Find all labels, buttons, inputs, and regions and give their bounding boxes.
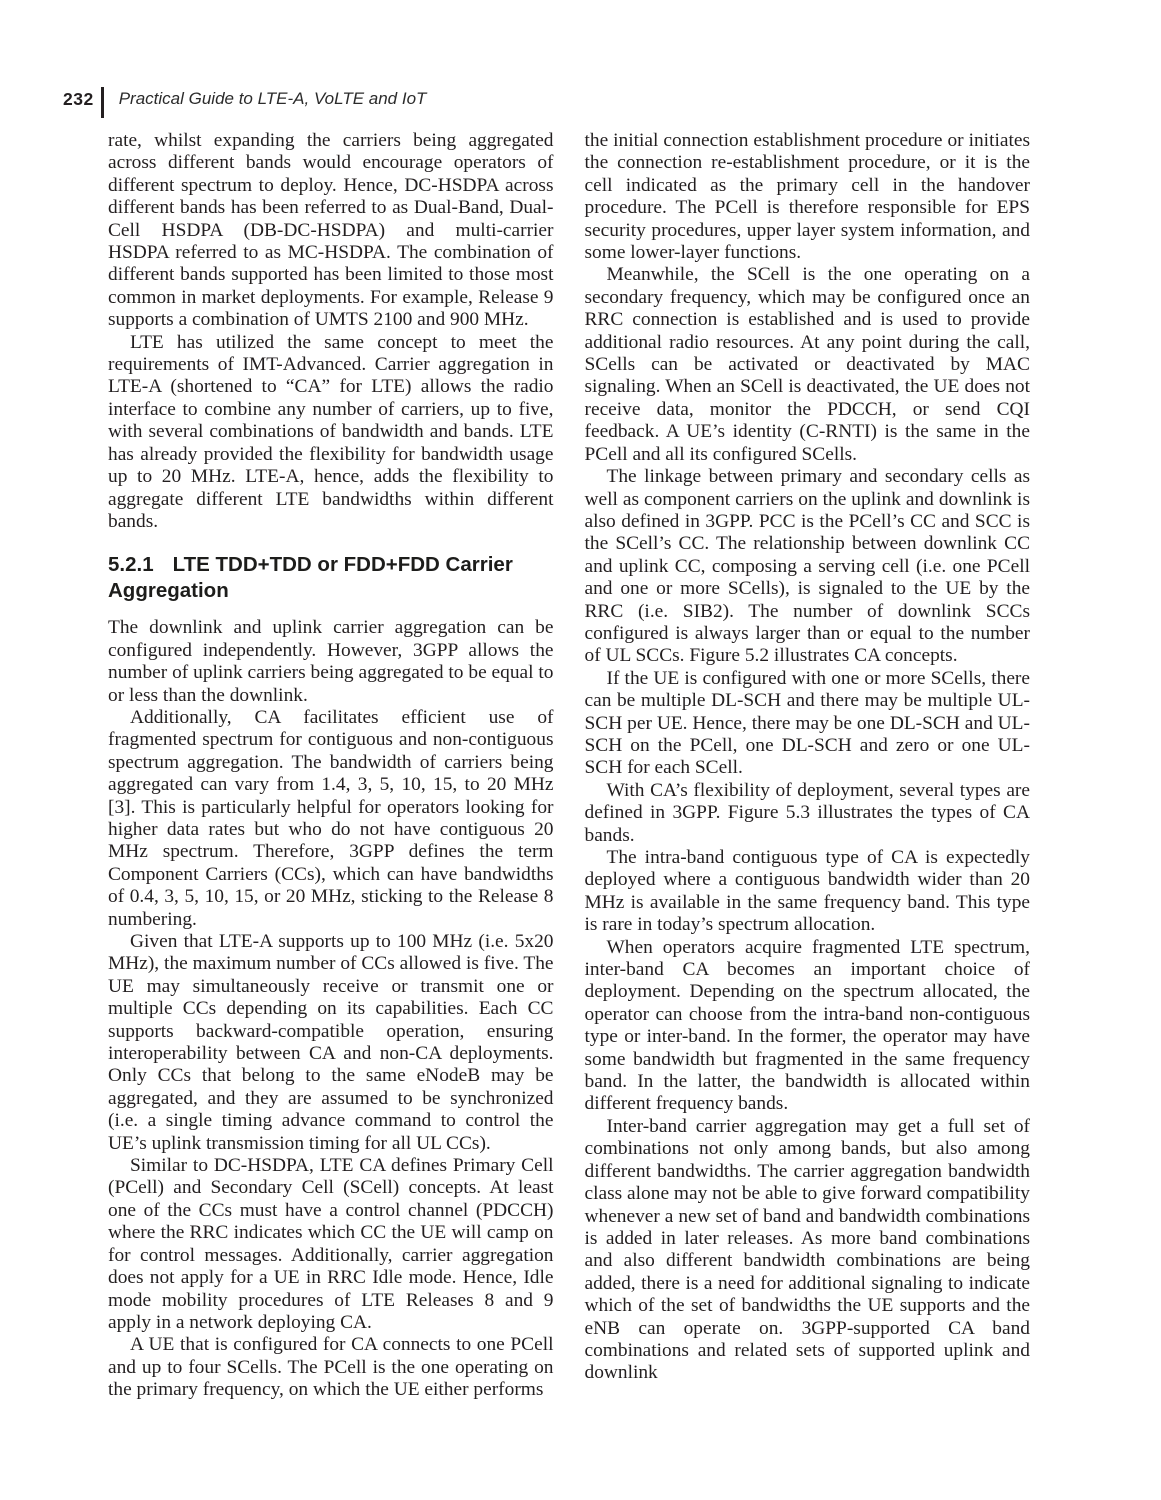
paragraph: rate, whilst expanding the carriers bein… <box>108 130 554 332</box>
right-column: the initial connection establishment pro… <box>585 130 1031 1402</box>
section-title: LTE TDD+TDD or FDD+FDD Carrier Aggregati… <box>108 553 513 602</box>
book-page: 232 Practical Guide to LTE-A, VoLTE and … <box>0 0 1161 1500</box>
paragraph: Inter-band carrier aggregation may get a… <box>585 1116 1031 1385</box>
running-header: 232 Practical Guide to LTE-A, VoLTE and … <box>63 88 426 118</box>
paragraph: The linkage between primary and secondar… <box>585 466 1031 668</box>
header-divider <box>101 87 104 118</box>
two-column-body: rate, whilst expanding the carriers bein… <box>108 130 1030 1402</box>
paragraph: Meanwhile, the SCell is the one operatin… <box>585 264 1031 466</box>
paragraph: A UE that is configured for CA connects … <box>108 1334 554 1401</box>
section-number: 5.2.1 <box>108 553 154 576</box>
paragraph: With CA’s flexibility of deployment, sev… <box>585 780 1031 847</box>
paragraph: When operators acquire fragmented LTE sp… <box>585 937 1031 1116</box>
paragraph: Additionally, CA facilitates efficient u… <box>108 707 554 931</box>
section-heading: 5.2.1LTE TDD+TDD or FDD+FDD Carrier Aggr… <box>108 552 554 604</box>
paragraph: Similar to DC-HSDPA, LTE CA defines Prim… <box>108 1155 554 1334</box>
paragraph: The intra-band contiguous type of CA is … <box>585 847 1031 937</box>
paragraph: The downlink and uplink carrier aggregat… <box>108 617 554 707</box>
paragraph: Given that LTE-A supports up to 100 MHz … <box>108 931 554 1155</box>
paragraph: the initial connection establishment pro… <box>585 130 1031 264</box>
book-title: Practical Guide to LTE-A, VoLTE and IoT <box>119 88 427 110</box>
left-column: rate, whilst expanding the carriers bein… <box>108 130 554 1402</box>
paragraph: LTE has utilized the same concept to mee… <box>108 332 554 534</box>
paragraph: If the UE is configured with one or more… <box>585 668 1031 780</box>
page-number: 232 <box>63 88 94 110</box>
